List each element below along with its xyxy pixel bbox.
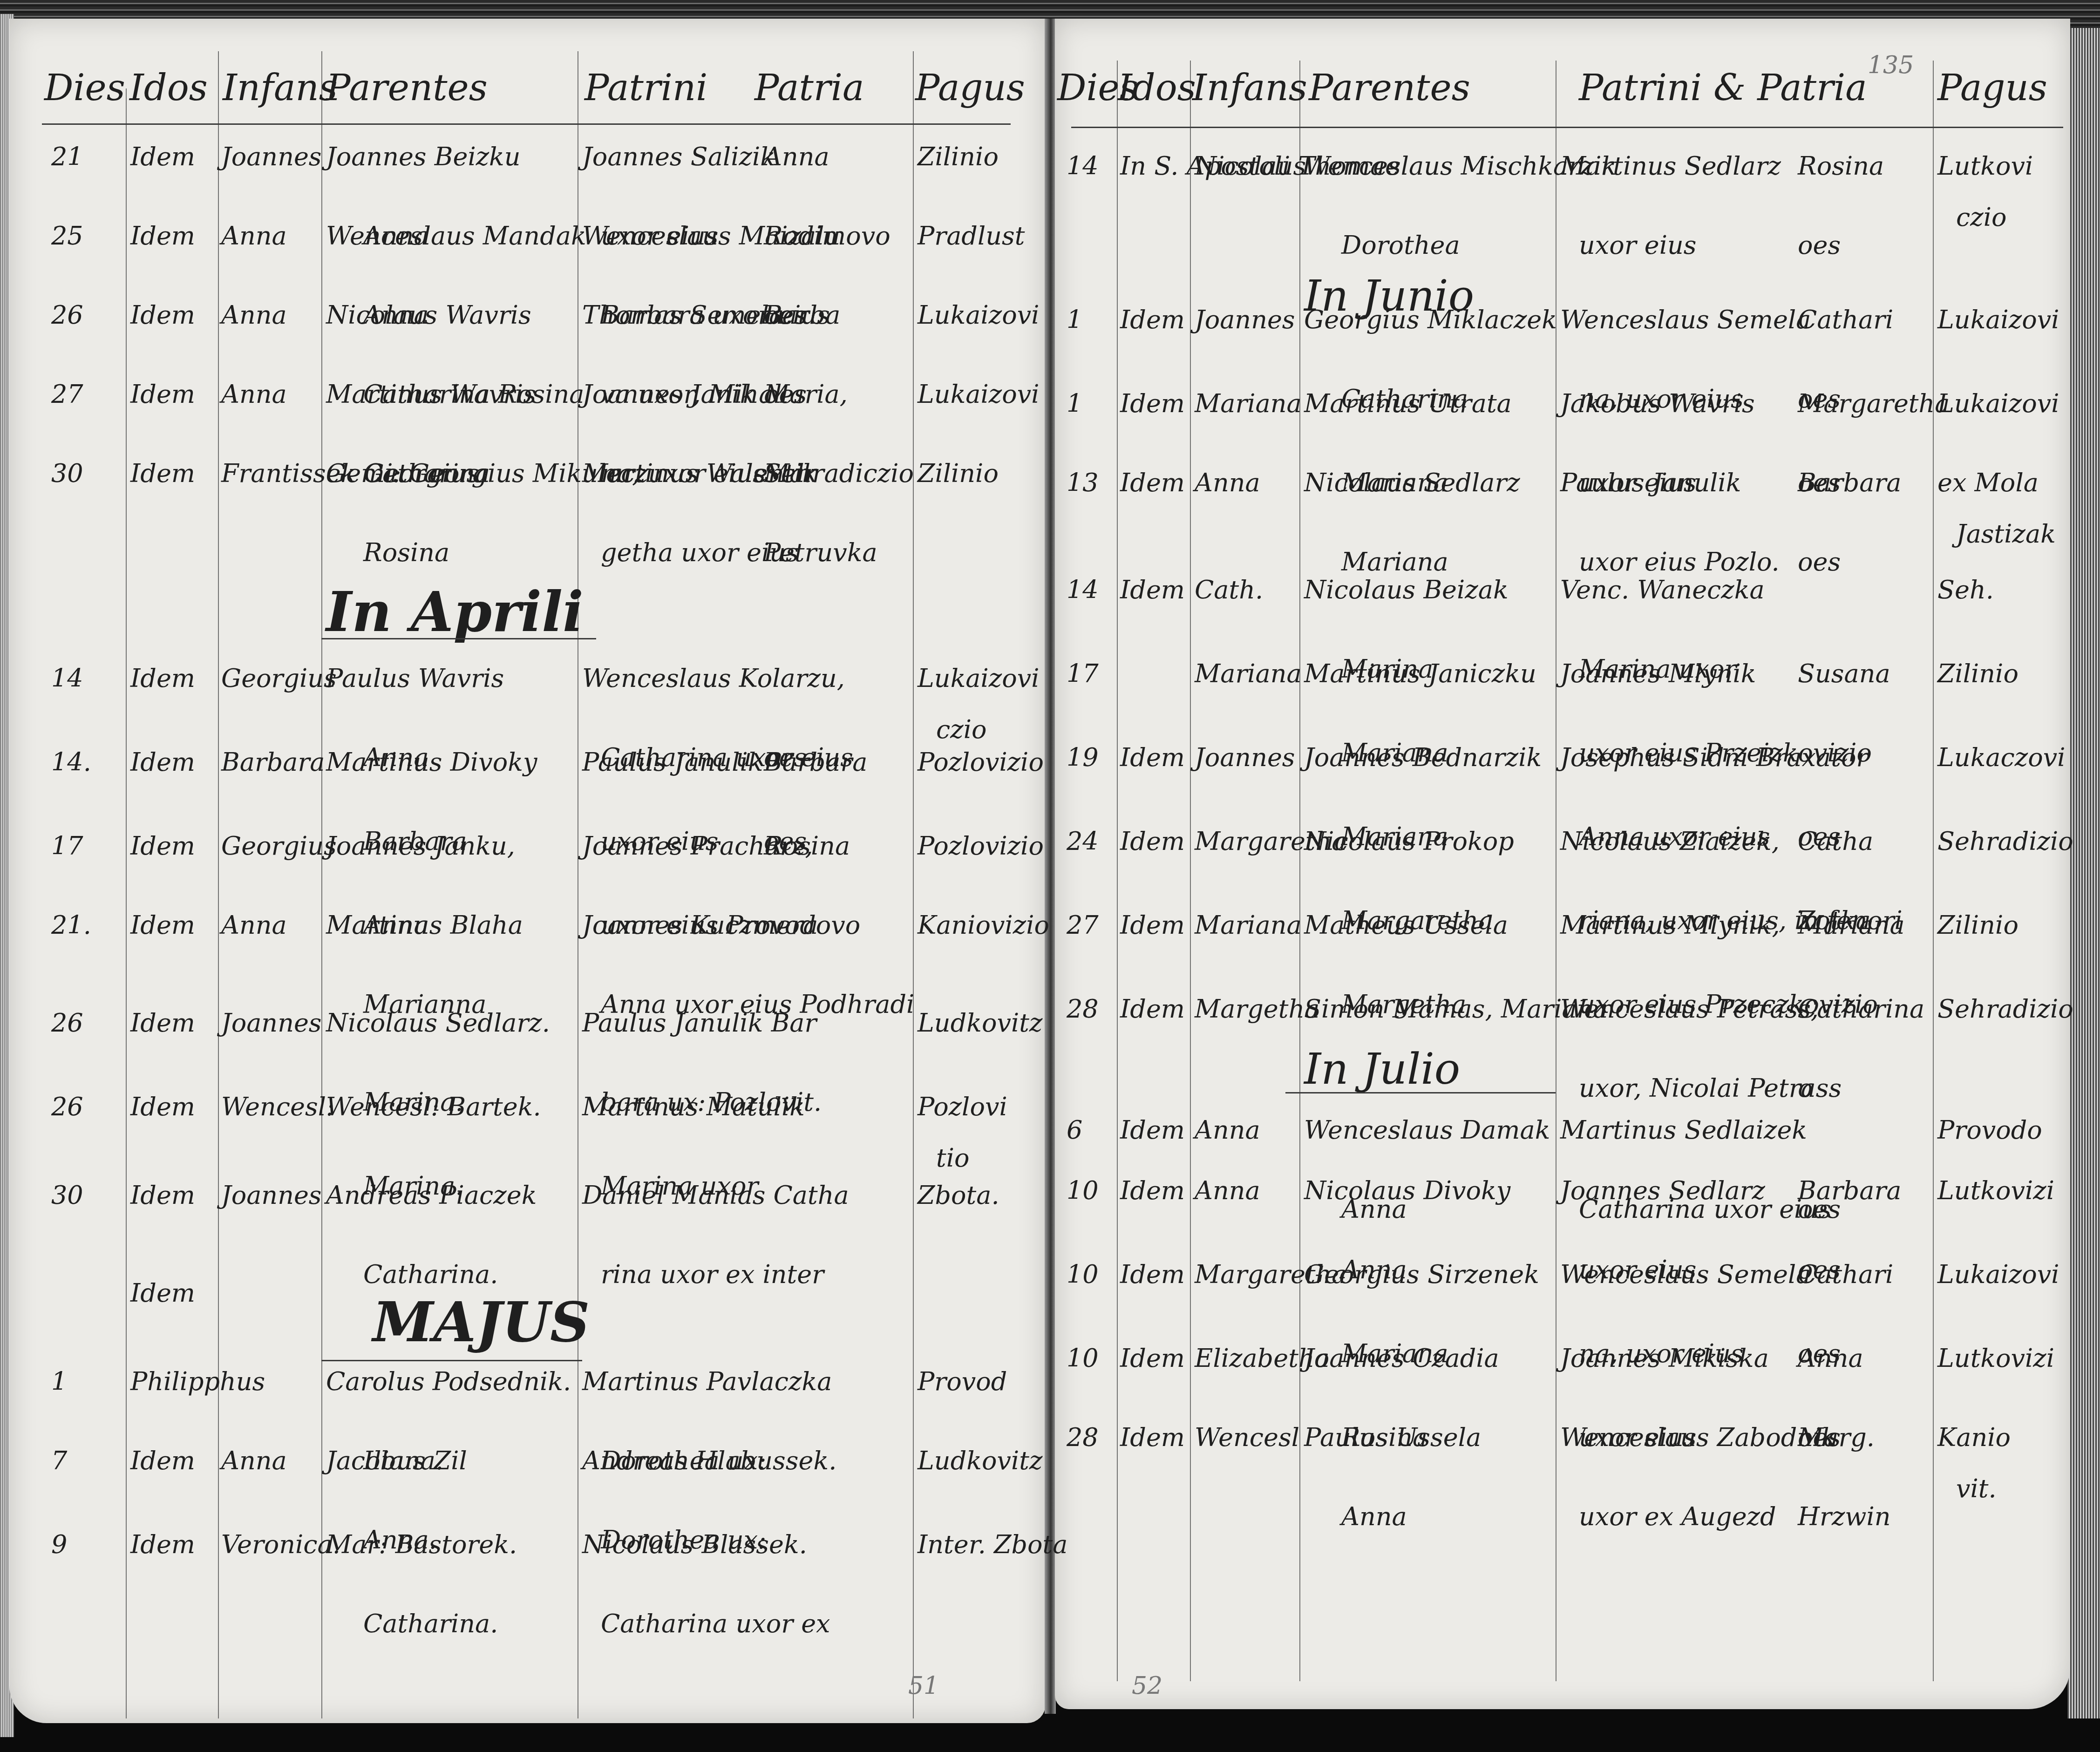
godfather-name: Josephus Sidni Braxator [1560,745,1868,770]
day-cell: 26 [51,1011,83,1036]
village-suffix: czio [1956,205,2006,230]
village-name: Lukaczovi [1937,745,2066,770]
village-name: Provod [917,1369,1007,1394]
village-name: Lukaizovi [917,382,1040,407]
day-cell: 26 [51,1094,83,1120]
idos-cell: Idem [130,834,195,859]
village-name: Lukaizovi [1937,1262,2059,1287]
father-name: Paulus Wavris [326,666,504,691]
section-header-april: In Aprili [326,584,584,639]
village-name: Ludkovitz [917,1011,1042,1036]
mother-name: Catharina. [363,1611,498,1637]
village-suffix: Jastizak [1956,522,2056,547]
village-name: Kanio [1937,1425,2011,1450]
day-cell: 17 [51,834,83,859]
day-cell: 25 [51,224,83,249]
day-cell: 21. [51,913,91,938]
godfather-name: Joannes Mlynik [1560,661,1756,686]
column-divider [913,51,914,1718]
header-idos: Idos [129,70,208,106]
idos-cell: Idem [130,1011,195,1036]
godfather-name: Paulus Janulik Bar [582,1011,816,1036]
idos-cell: Idem [130,144,195,170]
village-name: ex Mola [1937,470,2039,496]
village-name: Zbota. [917,1183,999,1208]
village-name: Lukaizovi [1937,307,2059,333]
village-name: Lutkovizi [1937,1346,2054,1371]
father-name: Georgius Sirzenek [1304,1262,1539,1287]
header-patrini: Patrini [584,70,707,106]
infant-name-cell: Mariana [1195,913,1302,938]
godfather-name: Joannes Mikiska [1560,1346,1769,1371]
patria-note: o [1798,1076,1813,1101]
village-name: Pozlovizio [917,750,1044,775]
godfather-name: Daniel Manias Catha [582,1183,849,1208]
column-divider [1299,61,1300,1681]
godmother-line: rina uxor ex inter [601,1262,824,1287]
village-name: Seh. [1937,577,1994,603]
day-cell: 21 [51,144,83,170]
day-cell: 1 [1067,391,1082,416]
infant-name-cell: Georgius [221,666,337,691]
day-cell: 7 [51,1448,67,1474]
infant-name-cell: Anna [221,913,287,938]
father-name: Nicolaus Sedlarz [1304,470,1520,496]
page-number-bottom-left: 51 [908,1672,939,1700]
column-divider [1117,61,1118,1681]
father-name: Martinus Janiczku [1304,661,1536,686]
section-header-may: MAJUS [373,1295,590,1350]
header-rule [42,123,1011,125]
infant-name-cell: Wencesl: [221,1094,334,1120]
father-name: Wenceslaus Damak [1304,1118,1550,1143]
village-name: Lutkovi [1937,154,2033,179]
father-name: Carolus Podsednik. [326,1369,571,1394]
godmother-name: Catha [1798,829,1873,854]
infant-name-cell: Margetha [1195,997,1320,1022]
village-name: Zilinio [1937,913,2018,938]
infant-name-cell: Veronica. [221,1532,340,1557]
godfather-name: Venc. Waneczka [1560,577,1765,603]
day-cell: 30 [51,461,83,486]
idos-cell: Idem [130,750,195,775]
godfather-name: Paulus Janulik [1560,470,1741,496]
header-idos: Idos [1118,70,1196,106]
father-name: Wenceslaus Mandak [326,224,586,249]
column-divider [1933,61,1934,1681]
infant-name-cell: Joannes [221,1183,322,1208]
infant-name-cell: Anna [221,382,287,407]
idos-cell: Idem [1120,1262,1185,1287]
idos-cell: Idem [130,1532,195,1557]
father-name: Matheus Ussela [1304,913,1508,938]
day-cell: 30 [51,1183,83,1208]
day-cell: 14 [1067,154,1099,179]
father-name: Wencesl: Bartek. [326,1094,541,1120]
idos-cell: Idem [130,461,195,486]
infant-name-cell: Mariana [1195,661,1302,686]
patria-note: oes [1798,233,1841,258]
header-dies: Dies [44,70,125,106]
godmother-line: uxor ex Augezd [1579,1504,1776,1529]
village-name: Lukaizovi [1937,391,2059,416]
godfather-name: Nicolaus Blassek. [582,1532,807,1557]
idos-cell: Idem [1120,1346,1185,1371]
infant-name-cell: Joannes [221,144,322,170]
column-divider [321,51,322,1718]
godfather-name: Wenceslaus Maizalu [582,224,840,249]
mother-name: Rosina [363,540,449,565]
idos-cell: Idem [1120,307,1185,333]
header-parentes: Parentes [326,70,488,106]
father-name: Andreas Piaczek [326,1183,537,1208]
village-name: Sehradizio [1937,829,2073,854]
infant-name-cell: Nicolaus [1195,154,1306,179]
patria-note: Hrzwin [1798,1504,1891,1529]
section-rule [321,1360,582,1361]
day-cell: 10 [1067,1178,1099,1203]
godfather-name: Wenceslaus Zabodnik [1560,1425,1836,1450]
column-divider [126,88,127,1718]
mother-name: Catharina. [363,1262,498,1287]
day-cell: 10 [1067,1346,1099,1371]
father-name: Nicolaus Sedlarz. [326,1011,550,1036]
father-name: Martinus Wavris [326,382,536,407]
day-cell: 10 [1067,1262,1099,1287]
day-cell: 1 [1067,307,1082,333]
infant-name-cell: Anna [221,303,287,328]
godfather-name: Martinus Sedlaizek [1560,1118,1807,1143]
idos-cell: Idem [130,1183,195,1208]
right-page [1055,19,2070,1709]
idos-cell: Idem [130,224,195,249]
page-stack-right [2067,28,2100,1718]
idos-cell: Idem [1120,470,1185,496]
header-patria: Patria [754,70,864,106]
header-rule [1071,127,2063,128]
godmother-name: Barbara [764,750,867,775]
godfather-name: Andreas Hlabussek. [582,1448,836,1474]
book-gutter [1045,19,1056,1714]
village-name: Zilinio [917,461,999,486]
father-name: Nicolaus Prokop [1304,829,1514,854]
day-cell: 27 [1067,913,1099,938]
idos-cell: Idem [130,913,195,938]
idos-cell: Idem [1120,829,1185,854]
godfather-name: Nicolaus Ziaizek, [1560,829,1780,854]
day-cell: 27 [51,382,83,407]
column-divider [1190,61,1191,1681]
godfather-name: Martinus Pavlaczka [582,1369,832,1394]
father-name: Martinus Utrata [1304,391,1512,416]
header-pagus: Pagus [915,70,1025,106]
godmother-name: Barba [764,303,840,328]
day-cell: 14 [51,666,83,691]
idos-cell: Philipphus [130,1369,265,1394]
day-cell: 19 [1067,745,1099,770]
father-name: Joannes Beizku [326,144,521,170]
godmother-name: Rosina [764,834,850,859]
godmother-line: uxor eius Pozlo. [1579,550,1780,575]
godfather-name: Martinus Sedlarz [1560,154,1781,179]
father-name: Nicolaus Wavris [326,303,531,328]
header-infans: Infans [223,70,338,106]
father-name: Joannes Czadia [1304,1346,1499,1371]
day-cell: 24 [1067,829,1099,854]
village-suffix: vit. [1956,1476,1997,1501]
idos-cell: Idem [1120,913,1185,938]
village-name: Pozlovizio [917,834,1044,859]
infant-name-cell: Wencesl [1195,1425,1299,1450]
mother-name: Dorothea [1341,233,1460,258]
godfather-name: Wenceslaus Kolarzu, [582,666,845,691]
idos-cell: Idem [130,666,195,691]
father-name: Jacobus Zil [326,1448,467,1474]
infant-name-cell: Joannes [1195,745,1295,770]
day-cell: 28 [1067,1425,1099,1450]
father-name: Georgius Miklaczek [1304,307,1557,333]
infant-name-cell: Anna [221,224,287,249]
section-rule [321,638,596,639]
village-name: Lutkovizi [1937,1178,2054,1203]
day-cell: 28 [1067,997,1099,1022]
page-number-top: 135 [1868,51,1914,79]
patria-note: oes [1798,550,1841,575]
godmother-line: uxor eius [1579,233,1696,258]
godfather-name: Joannes Salizik [582,144,775,170]
infant-name-cell: Anna [1195,1118,1260,1143]
section-header-july: In Julio [1304,1048,1460,1091]
godmother-name: Barbara [1798,470,1901,496]
godmother-name: Margaretha [1798,391,1950,416]
godfather-name: Joannes Janik [582,382,755,407]
idos-cell: Idem [1120,391,1185,416]
mother-name: Mariana [1341,550,1448,575]
idos-cell: Idem [130,1448,195,1474]
idos-cell: Idem [130,1094,195,1120]
godmother-name: Rosina [1798,154,1884,179]
header-infans: Infans [1192,70,1307,106]
day-cell: 1 [51,1369,67,1394]
header-parentes: Parentes [1309,70,1470,106]
godmother-name: Catharina [1798,997,1924,1022]
idos-cell: Idem [1120,1425,1185,1450]
day-cell: 13 [1067,470,1099,496]
infant-name-cell: Joannes [221,1011,322,1036]
father-name: Nicolaus Beizak [1304,577,1509,603]
father-name: Paulus Ussela [1304,1425,1481,1450]
godfather-name: Joannes Sedlarz [1560,1178,1765,1203]
village-name: Lukaizovi [917,303,1040,328]
column-divider [578,51,578,1718]
idos-cell: Idem [1120,577,1185,603]
infant-name-cell: Anna [1195,1178,1260,1203]
godmother-line: Catharina uxor ex [601,1611,830,1637]
godfather-name: Joannes Kuczmera [582,913,818,938]
village-name: Pradlust [917,224,1025,249]
village-name: Zilinio [1937,661,2018,686]
godmother-name: Barbara [1798,1178,1901,1203]
godfather-name: Paulus Janulik [582,750,763,775]
infant-name-cell: Barbara [221,750,325,775]
godfather-name: Wenceslaus Semela [1560,1262,1811,1287]
idos-cell: Idem [130,382,195,407]
section-rule [1285,1092,1556,1093]
father-name: Joannes Janku, [326,834,515,859]
idos-cell: Idem [1120,745,1185,770]
father-name: Martinus Divoky [326,750,537,775]
godmother-name: Maria, [764,382,848,407]
infant-name-cell: Cath. [1195,577,1263,603]
godmother-name: Cathari [1798,307,1893,333]
idos-cell: Idem [1120,1178,1185,1203]
idos-cell: Idem [1120,997,1185,1022]
day-cell: 9 [51,1532,67,1557]
godfather-name: Martinus Mlynik, [1560,913,1780,938]
page-number-bottom-right: 52 [1132,1672,1162,1700]
infant-name-cell: Joannes [1195,307,1295,333]
village-name: Provodo [1937,1118,2042,1143]
village-name: Sehradizio [1937,997,2073,1022]
idos-cell: Idem [130,1281,195,1306]
day-cell: 17 [1067,661,1099,686]
godfather-name: Jakobus Wavris [1560,391,1755,416]
village-name: Inter. Zbota [917,1532,1067,1557]
village-suffix: tio [936,1146,969,1171]
column-divider [1556,61,1556,1681]
day-cell: 14. [51,750,91,775]
infant-name-cell: Anna [1195,470,1260,496]
column-divider [218,51,219,1718]
infant-name-cell: Anna [221,1448,287,1474]
godfather-name: Wenceslaus Petrass, [1560,997,1819,1022]
father-name: Joannes Bednarzik [1304,745,1542,770]
idos-cell: Idem [1120,1118,1185,1143]
godfather-name: Martinus Matulik [582,1094,805,1120]
village-name: Ludkovitz [917,1448,1042,1474]
godmother-name: Susana [1798,661,1890,686]
village-name: Lukaizovi [917,666,1040,691]
godfather-name: Wenceslaus Semela [1560,307,1811,333]
day-cell: 26 [51,303,83,328]
header-patrini-patria: Patrini & Patria [1579,70,1867,106]
day-cell: 14 [1067,577,1099,603]
father-name: Mar: Bastorek. [326,1532,517,1557]
mother-name: Anna [1341,1504,1407,1529]
village-name: Pozlovi [917,1094,1007,1120]
godmother-name: Mar [764,461,816,486]
day-cell: 6 [1067,1118,1082,1143]
patria-note: Petruvka [764,540,877,565]
village-name: Kaniovizio [917,913,1049,938]
village-suffix: czio [936,717,986,742]
village-name: Zilinio [917,144,999,170]
godmother-name: Anna [764,144,829,170]
idos-cell: Idem [130,303,195,328]
godmother-name: Mariana [1798,913,1905,938]
godmother-name: Anna [1798,1346,1863,1371]
father-name: Nicolaus Divoky [1304,1178,1510,1203]
godmother-name: Marg. [1798,1425,1875,1450]
godfather-name: Thomas Semela [582,303,784,328]
father-name: Martinus Blaha [326,913,523,938]
infant-name-cell: Mariana [1195,391,1302,416]
infant-name-cell: Georgius [221,834,337,859]
header-pagus: Pagus [1937,70,2047,106]
godmother-name: Cathari [1798,1262,1893,1287]
